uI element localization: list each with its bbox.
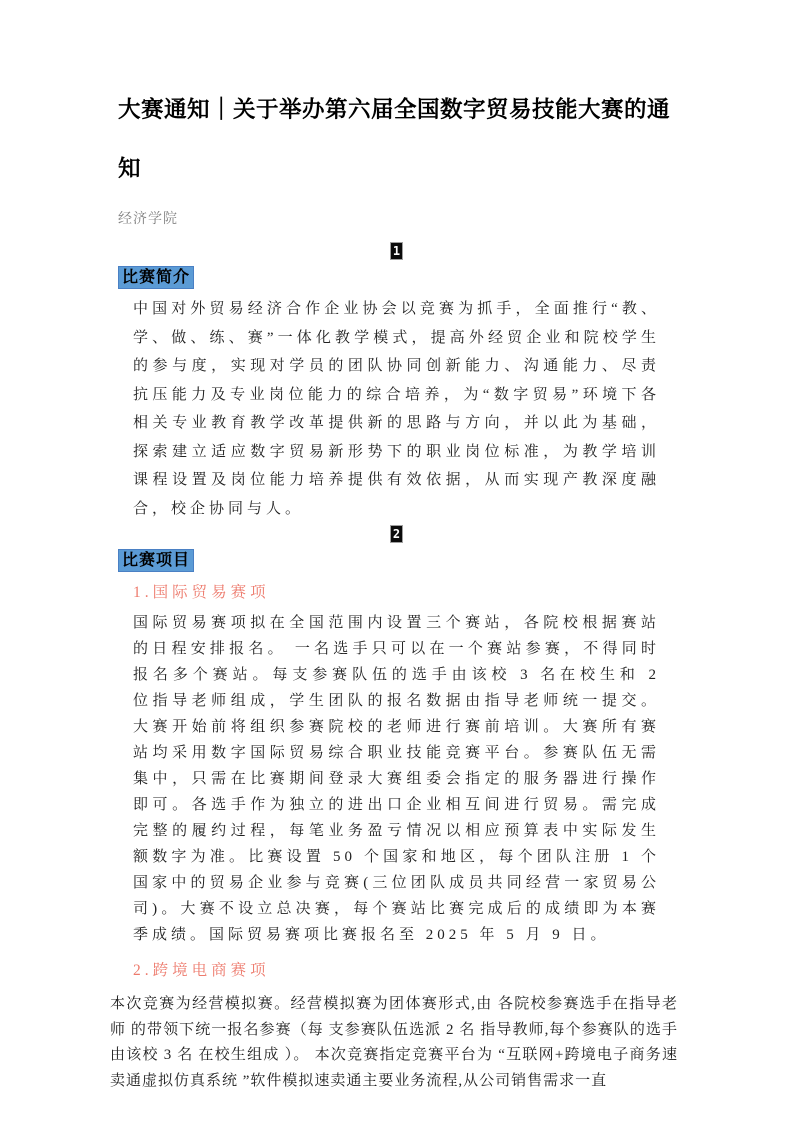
section-heading-competition-events: 比赛项目 (118, 547, 675, 570)
marker-row-1: 1 (118, 242, 675, 262)
paragraph-competition-intro: 中国对外贸易经济合作企业协会以竞赛为抓手，全面推行“教、学、做、练、赛”一体化教… (133, 295, 660, 523)
document-author: 经济学院 (118, 210, 675, 230)
document-page: 大赛通知｜关于举办第六届全国数字贸易技能大赛的通知 经济学院 1 比赛简介 中国… (0, 0, 793, 1122)
numbered-marker-2: 2 (390, 525, 403, 543)
marker-row-2: 2 (118, 525, 675, 545)
document-title: 大赛通知｜关于举办第六届全国数字贸易技能大赛的通知 (118, 80, 675, 198)
paragraph-cross-border-ecommerce: 本次竞赛为经营模拟赛。经营模拟赛为团体赛形式,由 各院校参赛选手在指导老师 的带… (110, 992, 678, 1094)
paragraph-international-trade: 国际贸易赛项拟在全国范围内设置三个赛站，各院校根据赛站的日程安排报名。 一名选手… (133, 610, 660, 948)
subsection-heading-cross-border-ecommerce: 2.跨境电商赛项 (133, 958, 675, 980)
heading-highlight: 比赛项目 (118, 549, 194, 572)
heading-highlight: 比赛简介 (118, 266, 194, 289)
section-heading-competition-intro: 比赛简介 (118, 264, 675, 287)
subsection-heading-international-trade: 1.国际贸易赛项 (133, 580, 675, 602)
numbered-marker-1: 1 (390, 242, 403, 260)
